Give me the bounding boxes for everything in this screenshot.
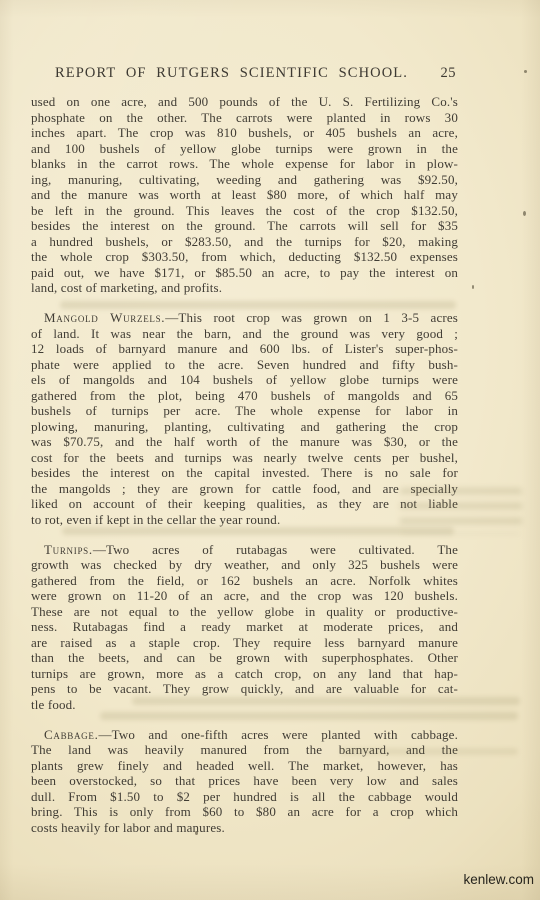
text-line: 12 loads of barnyard manure and 600 lbs.… bbox=[31, 341, 458, 357]
text-line: the whole crop $303.50, from which, dedu… bbox=[31, 249, 458, 265]
text-line: gathered from the plot, being 470 bushel… bbox=[31, 388, 458, 404]
text-line: bushels of turnips per acre. The whole e… bbox=[31, 403, 458, 419]
text-line: land, cost of marketing, and profits. bbox=[31, 280, 458, 296]
text-line: than the beets, and can be grown with su… bbox=[31, 650, 458, 666]
text-line: plowing, manuring, planting, cultivating… bbox=[31, 419, 458, 435]
section-heading: Cabbage. bbox=[44, 727, 99, 742]
book-page: REPORT OF RUTGERS SCIENTIFIC SCHOOL. 25 … bbox=[0, 0, 540, 900]
text-line: be left in the ground. This leaves the c… bbox=[31, 203, 458, 219]
text-line: growth was checked by dry weather, and o… bbox=[31, 557, 458, 573]
text-line: and the manure was worth at least $80 mo… bbox=[31, 187, 458, 203]
page-number: 25 bbox=[441, 65, 457, 82]
text-line: used on one acre, and 500 pounds of the … bbox=[31, 94, 458, 110]
section-heading: Turnips. bbox=[44, 542, 93, 557]
text-line: paid out, we have $171, or $85.50 an acr… bbox=[31, 265, 458, 281]
text-line: ing, manuring, cultivating, weeding and … bbox=[31, 172, 458, 188]
ink-speck bbox=[524, 70, 527, 73]
text-line: phate were applied to the acre. Seven hu… bbox=[31, 357, 458, 373]
text-line: pens to be vacant. They grow quickly, an… bbox=[31, 681, 458, 697]
text-line: besides the interest on the ground. The … bbox=[31, 218, 458, 234]
text-column: used on one acre, and 500 pounds of the … bbox=[31, 94, 458, 835]
text-line: and 100 bushels of yellow globe turnips … bbox=[31, 141, 458, 157]
section-heading: Mangold Wurzels. bbox=[44, 310, 165, 325]
text-line: These are not equal to the yellow globe … bbox=[31, 604, 458, 620]
text-line: ness. Rutabagas find a ready market at m… bbox=[31, 619, 458, 635]
text-line: been overstocked, so that prices have be… bbox=[31, 773, 458, 789]
paragraph: Turnips.—Two acres of rutabagas were cul… bbox=[31, 542, 458, 713]
text-line: dull. From $1.50 to $2 per hundred is al… bbox=[31, 789, 458, 805]
page-header: REPORT OF RUTGERS SCIENTIFIC SCHOOL. 25 bbox=[31, 65, 458, 82]
text-line: els of mangolds and 104 bushels of yello… bbox=[31, 372, 458, 388]
paragraph: Cabbage.—Two and one-fifth acres were pl… bbox=[31, 727, 458, 836]
ink-speck bbox=[523, 211, 526, 216]
text-line: to rot, even if kept in the cellar the y… bbox=[31, 512, 458, 528]
text-line: are raised as a staple crop. They requir… bbox=[31, 635, 458, 651]
text-line: Turnips.—Two acres of rutabagas were cul… bbox=[31, 542, 458, 558]
paragraph: used on one acre, and 500 pounds of the … bbox=[31, 94, 458, 296]
text-line: plants grew finely and headed well. The … bbox=[31, 758, 458, 774]
text-line: were grown on 11-20 of an acre, and the … bbox=[31, 588, 458, 604]
text-line: inches apart. The crop was 810 bushels, … bbox=[31, 125, 458, 141]
page-title: REPORT OF RUTGERS SCIENTIFIC SCHOOL. bbox=[55, 65, 434, 81]
text-line: the mangolds ; they are grown for cattle… bbox=[31, 481, 458, 497]
text-line: liked on account of their keeping qualit… bbox=[31, 496, 458, 512]
text-line: cost for the beets and turnips was nearl… bbox=[31, 450, 458, 466]
text-line: costs heavily for labor and manures. bbox=[31, 820, 458, 836]
text-line: gathered from the field, or 162 bushels … bbox=[31, 573, 458, 589]
watermark: kenlew.com bbox=[463, 872, 534, 887]
text-line: The land was heavily manured from the ba… bbox=[31, 742, 458, 758]
text-line: phosphate on the other. The carrots were… bbox=[31, 110, 458, 126]
text-line: besides the interest on the capital inve… bbox=[31, 465, 458, 481]
paragraph: Mangold Wurzels.—This root crop was grow… bbox=[31, 310, 458, 527]
text-line: of land. It was near the barn, and the g… bbox=[31, 326, 458, 342]
ink-speck bbox=[195, 831, 198, 835]
text-line: blanks in the carrot rows. The whole exp… bbox=[31, 156, 458, 172]
text-line: bring. This is only from $60 to $80 an a… bbox=[31, 804, 458, 820]
text-line: Cabbage.—Two and one-fifth acres were pl… bbox=[31, 727, 458, 743]
ink-speck bbox=[472, 285, 474, 289]
text-line: was $70.75, and the half worth of the ma… bbox=[31, 434, 458, 450]
text-line: tle food. bbox=[31, 697, 458, 713]
text-line: Mangold Wurzels.—This root crop was grow… bbox=[31, 310, 458, 326]
text-line: turnips are grown, more as a catch crop,… bbox=[31, 666, 458, 682]
text-line: a hundred bushels, or $283.50, and the t… bbox=[31, 234, 458, 250]
